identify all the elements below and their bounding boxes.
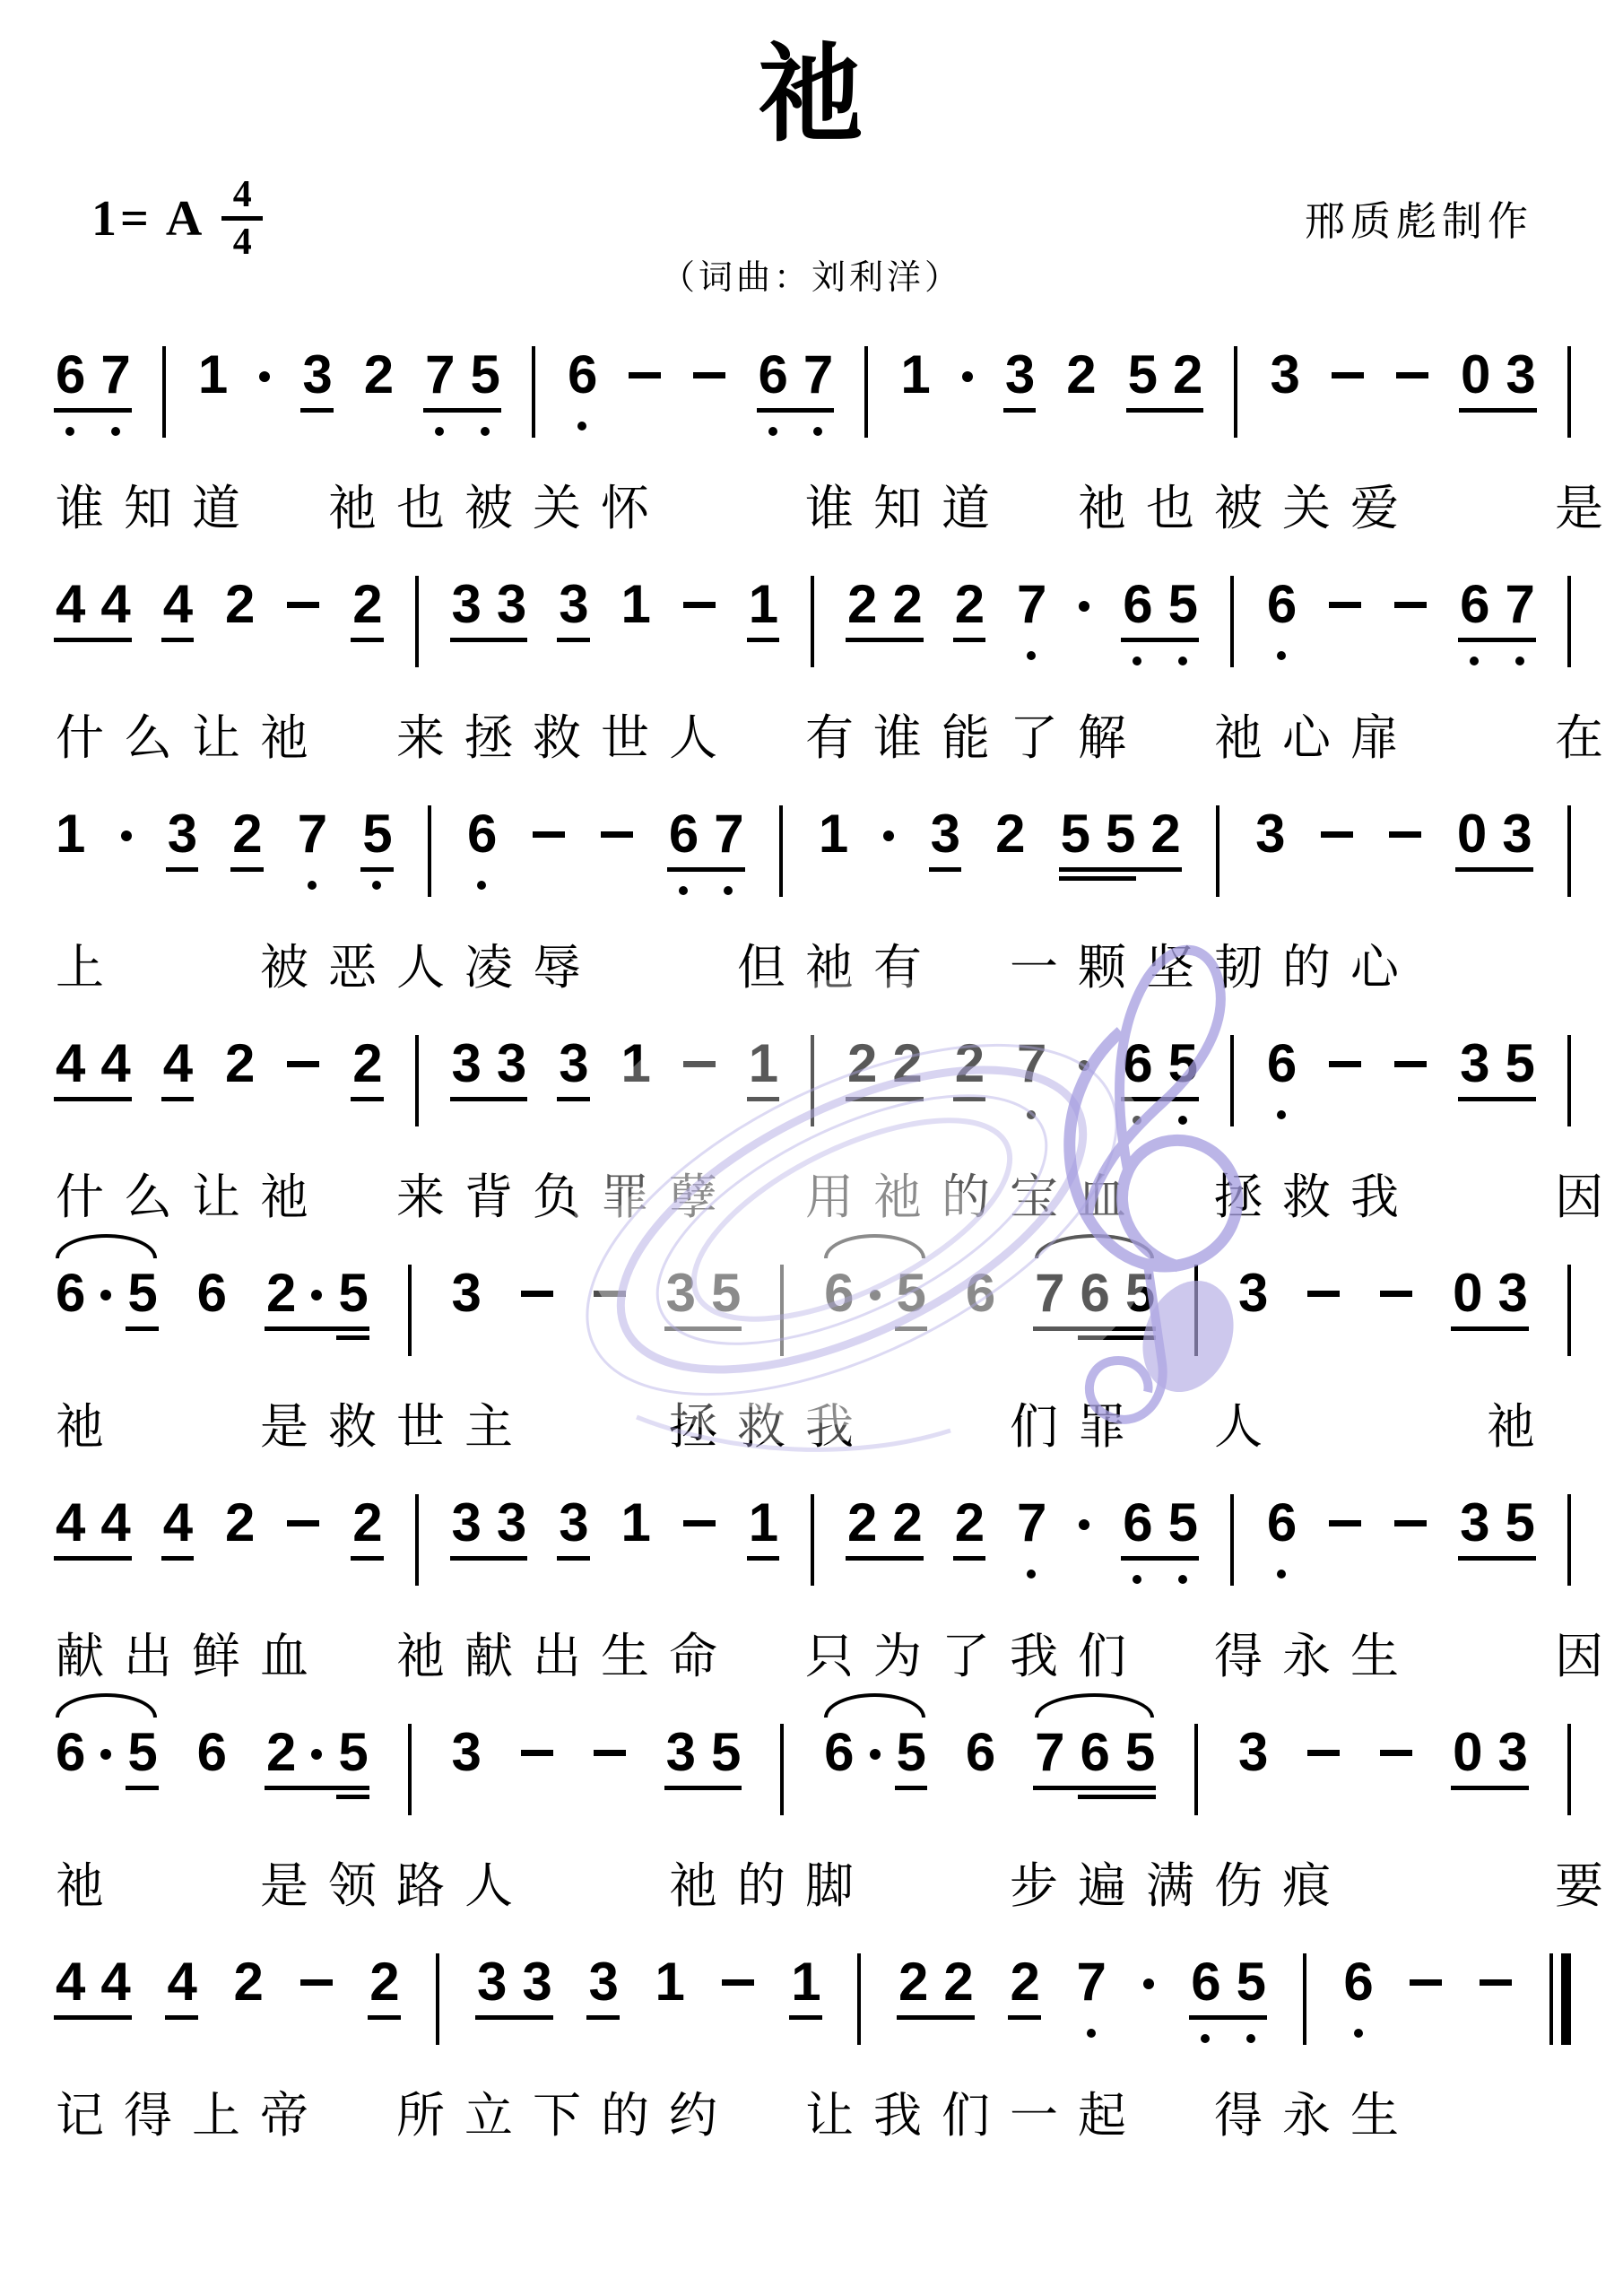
augmentation-dot	[311, 1749, 322, 1760]
note-group: 65	[56, 1266, 157, 1320]
lyrics-line: 什么让祂 来拯救世人 有谁能了解 祂心扉 在世	[56, 700, 1571, 769]
note-number: 2	[266, 1266, 295, 1320]
score-line: 4442233311222765635什么让祂 来背负罪孽 用祂的宝血 拯救我 …	[56, 1037, 1571, 1266]
note-number: 6	[197, 1266, 226, 1320]
note-number: 5	[1168, 1037, 1197, 1091]
note-number: 6	[467, 807, 496, 861]
note-number: 3	[1271, 348, 1299, 402]
note: 7	[803, 348, 832, 402]
note-number: 3	[1498, 1266, 1527, 1320]
augmentation-dot	[121, 831, 132, 841]
barline	[1194, 1265, 1198, 1356]
beam-underline	[664, 1786, 742, 1790]
note-number: 3	[559, 1496, 587, 1550]
octave-dot	[1133, 657, 1141, 665]
note-group: 75	[425, 348, 499, 402]
note-number: 3	[666, 1266, 695, 1320]
note: 6	[56, 1726, 84, 1779]
beam-underline	[450, 638, 528, 642]
note-number: 5	[1106, 807, 1134, 861]
note: 6	[966, 1266, 994, 1320]
note-number: 3	[522, 1955, 551, 2009]
note: 1	[198, 348, 227, 402]
barline	[857, 1953, 861, 2045]
note: 2	[266, 1726, 295, 1779]
beam-underline	[846, 1097, 924, 1101]
note: 7	[1017, 1037, 1046, 1091]
note-number: 3	[302, 348, 331, 402]
notes-row: 4442233311222765667	[56, 578, 1571, 683]
note: 3	[588, 1955, 617, 2009]
note: 0	[1453, 1726, 1481, 1779]
note-number: 4	[100, 1955, 129, 2009]
note-number: 5	[1237, 1955, 1265, 2009]
note-group: 03	[1461, 348, 1535, 402]
note-number: 6	[197, 1726, 226, 1779]
note: 5	[1168, 1037, 1197, 1091]
note: 7	[1035, 1266, 1063, 1320]
note: 2	[892, 578, 921, 631]
note: 2	[898, 1955, 927, 2009]
note-number: 1	[621, 1037, 650, 1091]
beam-underline	[1078, 1795, 1156, 1799]
note: 3	[666, 1726, 695, 1779]
score-line: 13275667132552303上 被恶人凌辱 但祂有 一颗坚韧的心 为	[56, 807, 1571, 1037]
barline	[415, 576, 419, 667]
note: 6	[966, 1726, 994, 1779]
note: 6	[56, 348, 84, 402]
note: 7	[425, 348, 454, 402]
note: 4	[56, 1955, 84, 2009]
duration-dash	[693, 372, 725, 378]
octave-dot	[679, 886, 688, 895]
beam-underline	[1455, 867, 1533, 872]
underline	[747, 1097, 779, 1101]
note-group: 67	[759, 348, 833, 402]
beam-underline	[1458, 1097, 1536, 1101]
note-number: 6	[1267, 1496, 1296, 1550]
duration-dash	[533, 831, 565, 838]
barline	[1230, 1035, 1234, 1126]
note-group: 25	[266, 1726, 368, 1779]
beam-underline	[1451, 1786, 1529, 1790]
notes-row: 671327566713252303	[56, 348, 1571, 454]
beam-underline	[1121, 638, 1199, 642]
note-number: 3	[1255, 807, 1284, 861]
note-group: 65	[824, 1266, 925, 1320]
beam-underline	[1126, 408, 1204, 413]
note: 4	[163, 1496, 192, 1550]
note: 1	[621, 1496, 650, 1550]
beam-underline	[1033, 1786, 1156, 1790]
underline	[351, 1097, 383, 1101]
beam-underline	[265, 1326, 369, 1331]
note-number: 6	[568, 348, 596, 402]
note-number: 5	[127, 1726, 156, 1779]
note-number: 6	[56, 348, 84, 402]
barline	[1567, 805, 1571, 897]
note-number: 3	[931, 807, 959, 861]
note-number: 3	[1460, 1496, 1488, 1550]
notes-row: 65625335656765303	[56, 1726, 1571, 1831]
note: 2	[955, 578, 984, 631]
note-group: 35	[666, 1726, 741, 1779]
note-number: 5	[897, 1726, 925, 1779]
beam-underline	[450, 1556, 528, 1561]
note-number: 6	[1267, 1037, 1296, 1091]
note-number: 2	[352, 1037, 381, 1091]
note: 2	[995, 807, 1024, 861]
note-number: 2	[225, 1496, 254, 1550]
note: 6	[824, 1726, 853, 1779]
note: 6	[467, 807, 496, 861]
note-group: 65	[1080, 1266, 1154, 1320]
octave-dot	[372, 881, 381, 890]
note-number: 1	[749, 1496, 777, 1550]
note: 2	[234, 1955, 263, 2009]
note: 5	[127, 1726, 156, 1779]
underline	[1003, 408, 1036, 413]
note-number: 3	[477, 1955, 506, 2009]
note-group: 33	[477, 1955, 551, 2009]
note-number: 2	[955, 1496, 984, 1550]
augmentation-dot	[1079, 1519, 1089, 1530]
note-group: 5	[338, 1726, 367, 1779]
underline	[929, 867, 961, 872]
note: 4	[100, 1955, 129, 2009]
score-line: 671327566713252303谁知道 祂也被关怀 谁知道 祂也被关爱 是	[56, 348, 1571, 578]
note-number: 6	[1080, 1266, 1108, 1320]
note-group: 35	[1460, 1037, 1534, 1091]
note-number: 2	[352, 1496, 381, 1550]
note: 7	[298, 807, 326, 861]
octave-dot	[1133, 1575, 1141, 1584]
duration-dash	[287, 602, 319, 608]
arranger-credit: 邢质彪制作	[1305, 188, 1533, 247]
note: 1	[56, 807, 84, 861]
duration-dash	[1332, 372, 1364, 378]
note: 6	[1123, 1037, 1151, 1091]
note: 6	[56, 1266, 84, 1320]
note-number: 2	[892, 578, 921, 631]
notes-row: 65625335656765303	[56, 1266, 1571, 1372]
note-group: 65	[1123, 1496, 1197, 1550]
note: 0	[1457, 807, 1486, 861]
note-number: 2	[898, 1955, 927, 2009]
note-group: 552	[1061, 807, 1180, 861]
note-group: 03	[1453, 1266, 1527, 1320]
note-number: 2	[234, 1955, 263, 2009]
note: 2	[1010, 1955, 1038, 2009]
note: 5	[1061, 807, 1089, 861]
octave-dot	[1178, 1575, 1187, 1584]
beam-underline	[1078, 1335, 1156, 1340]
note: 4	[163, 578, 192, 631]
underline	[126, 1786, 158, 1790]
key-signature: 1= A 4 4	[91, 176, 263, 261]
barline	[780, 1265, 784, 1356]
duration-dash	[1394, 602, 1427, 608]
note-group: 52	[1128, 348, 1202, 402]
beam-underline	[265, 1786, 369, 1790]
note-number: 5	[1505, 1496, 1533, 1550]
note-number: 3	[452, 1496, 481, 1550]
note: 3	[497, 1496, 525, 1550]
octave-dot	[1515, 657, 1524, 665]
lyrics-line: 祂 是领路人 祂的脚 步遍满伤痕 要	[56, 1848, 1571, 1917]
beam-underline	[846, 1556, 924, 1561]
note-group: 765	[1035, 1266, 1154, 1320]
underline	[789, 2015, 821, 2020]
underline	[230, 867, 263, 872]
note-group: 65	[1123, 1037, 1197, 1091]
note-group: 35	[666, 1266, 741, 1320]
underline	[351, 1556, 383, 1561]
note: 2	[225, 1496, 254, 1550]
note: 2	[352, 1037, 381, 1091]
note-number: 7	[1017, 1037, 1046, 1091]
note-number: 3	[497, 1496, 525, 1550]
note-number: 1	[749, 1037, 777, 1091]
note: 3	[497, 578, 525, 631]
note-number: 2	[1066, 348, 1095, 402]
octave-dot	[481, 427, 490, 436]
note-number: 4	[163, 578, 192, 631]
underline	[953, 1556, 985, 1561]
notes-row: 4442233311222765635	[56, 1496, 1571, 1602]
note-number: 6	[1191, 1955, 1219, 2009]
note-number: 5	[1125, 1726, 1154, 1779]
duration-dash	[1307, 1750, 1340, 1756]
beam-underline	[1059, 876, 1137, 881]
note: 4	[56, 1037, 84, 1091]
barline	[415, 1035, 419, 1126]
barline	[1567, 1494, 1571, 1586]
note-number: 4	[56, 578, 84, 631]
octave-dot	[1201, 2034, 1210, 2043]
underline	[586, 2015, 619, 2020]
underline	[895, 1786, 927, 1790]
note: 3	[559, 1496, 587, 1550]
note: 5	[711, 1266, 740, 1320]
note: 5	[127, 1266, 156, 1320]
note-number: 0	[1457, 807, 1486, 861]
note: 6	[1343, 1955, 1372, 2009]
underline	[166, 867, 198, 872]
note-number: 7	[1077, 1955, 1106, 2009]
octave-dot	[1470, 657, 1479, 665]
beam-underline	[1033, 1326, 1156, 1331]
note: 6	[824, 1266, 853, 1320]
duration-dash	[1389, 831, 1421, 838]
note-group: 44	[56, 578, 130, 631]
note-number: 2	[847, 578, 876, 631]
barline	[1567, 1265, 1571, 1356]
octave-dot	[111, 427, 120, 436]
note: 4	[56, 578, 84, 631]
duration-dash	[1394, 1520, 1427, 1526]
barline	[1567, 1724, 1571, 1815]
note: 7	[1035, 1726, 1063, 1779]
barline	[1567, 576, 1571, 667]
note-number: 4	[56, 1955, 84, 2009]
octave-dot	[1178, 657, 1187, 665]
note-number: 3	[666, 1726, 695, 1779]
lyrics-line: 记得上帝 所立下的约 让我们一起 得永生	[56, 2077, 1571, 2146]
note: 3	[1271, 348, 1299, 402]
barline	[408, 1265, 412, 1356]
note-number: 4	[163, 1037, 192, 1091]
beam-underline	[54, 638, 132, 642]
octave-dot	[1277, 1570, 1286, 1578]
note: 5	[1505, 1496, 1533, 1550]
note: 6	[1123, 1496, 1151, 1550]
note: 5	[711, 1726, 740, 1779]
note-group: 44	[56, 1496, 130, 1550]
octave-dot	[724, 886, 733, 895]
beam-underline	[423, 408, 501, 413]
note-group: 65	[1191, 1955, 1265, 2009]
duration-dash	[629, 372, 661, 378]
note: 3	[1238, 1266, 1267, 1320]
note-number: 3	[559, 578, 587, 631]
note-number: 0	[1453, 1266, 1481, 1320]
barline	[1194, 1724, 1198, 1815]
note: 3	[1498, 1266, 1527, 1320]
duration-dash	[521, 1291, 553, 1297]
note-number: 5	[711, 1266, 740, 1320]
underline	[161, 1556, 194, 1561]
note: 6	[568, 348, 596, 402]
note-number: 5	[127, 1266, 156, 1320]
note-number: 7	[1035, 1726, 1063, 1779]
barline	[780, 1724, 784, 1815]
note-number: 2	[943, 1955, 972, 2009]
duration-dash	[1329, 1061, 1361, 1067]
note-number: 3	[1238, 1726, 1267, 1779]
note-number: 1	[749, 578, 777, 631]
note-number: 5	[1505, 1037, 1533, 1091]
note-number: 5	[1125, 1266, 1154, 1320]
lyrics-line: 献出鲜血 祂献出生命 只为了我们 得永生 因为	[56, 1618, 1571, 1687]
note-group: 33	[452, 1496, 526, 1550]
note-number: 1	[791, 1955, 820, 2009]
note-number: 4	[100, 578, 129, 631]
score-line: 44422333112227656记得上帝 所立下的约 让我们一起 得永生	[56, 1955, 1571, 2185]
note-group: 765	[1035, 1726, 1154, 1779]
note: 7	[100, 348, 129, 402]
note: 1	[655, 1955, 684, 2009]
barline	[811, 576, 814, 667]
note: 2	[369, 1955, 398, 2009]
note-number: 2	[847, 1496, 876, 1550]
score: 671327566713252303谁知道 祂也被关怀 谁知道 祂也被关爱 是4…	[56, 348, 1571, 2185]
note-group: 67	[56, 348, 130, 402]
note: 5	[1106, 807, 1134, 861]
barline	[864, 346, 868, 438]
note-number: 2	[1173, 348, 1202, 402]
note: 2	[352, 1496, 381, 1550]
beam-underline	[667, 867, 745, 872]
lyrics-line: 谁知道 祂也被关怀 谁知道 祂也被关爱 是	[56, 470, 1571, 539]
augmentation-dot	[883, 831, 894, 841]
note-number: 7	[1017, 1496, 1046, 1550]
note: 6	[1267, 578, 1296, 631]
augmentation-dot	[962, 371, 973, 382]
note-number: 2	[364, 348, 393, 402]
note: 2	[232, 807, 261, 861]
beam-underline	[1458, 1556, 1536, 1561]
octave-dot	[1277, 1110, 1286, 1119]
note-group: 5	[338, 1266, 367, 1320]
note: 2	[1173, 348, 1202, 402]
barline	[1230, 576, 1234, 667]
note: 3	[452, 1266, 481, 1320]
duration-dash	[722, 1979, 754, 1986]
beam-underline	[54, 1556, 132, 1561]
note: 5	[1125, 1726, 1154, 1779]
note-number: 3	[168, 807, 196, 861]
note-number: 5	[897, 1266, 925, 1320]
augmentation-dot	[870, 1749, 881, 1760]
duration-dash	[594, 1750, 626, 1756]
note: 3	[452, 1726, 481, 1779]
octave-dot	[768, 427, 777, 436]
note: 0	[1453, 1266, 1481, 1320]
sheet-music-page: 祂 1= A 4 4 邢质彪制作 （词曲：刘利洋） 67132756671325…	[0, 0, 1623, 2296]
underline	[557, 1097, 589, 1101]
barline	[1303, 1953, 1306, 2045]
note: 0	[1461, 348, 1489, 402]
note: 1	[749, 578, 777, 631]
barline	[1230, 1494, 1234, 1586]
note: 3	[477, 1955, 506, 2009]
octave-dot	[477, 881, 486, 890]
note: 5	[362, 807, 391, 861]
note: 2	[266, 1266, 295, 1320]
note-number: 2	[266, 1726, 295, 1779]
note-number: 5	[471, 348, 499, 402]
note: 6	[1191, 1955, 1219, 2009]
underline	[557, 1556, 589, 1561]
note: 4	[100, 1037, 129, 1091]
note-number: 6	[56, 1266, 84, 1320]
note-number: 7	[425, 348, 454, 402]
note-number: 7	[1017, 578, 1046, 631]
beam-underline	[336, 1335, 369, 1340]
note-number: 6	[1123, 1037, 1151, 1091]
note: 4	[56, 1496, 84, 1550]
note: 3	[1005, 348, 1034, 402]
duration-dash	[1307, 1291, 1340, 1297]
barline	[1234, 346, 1237, 438]
note-group: 35	[1460, 1496, 1534, 1550]
underline	[747, 638, 779, 642]
note-number: 1	[56, 807, 84, 861]
note-number: 3	[559, 1037, 587, 1091]
note-number: 2	[847, 1037, 876, 1091]
duration-dash	[683, 1520, 716, 1526]
duration-dash	[1380, 1750, 1412, 1756]
note-number: 0	[1461, 348, 1489, 402]
octave-dot	[1027, 1110, 1036, 1119]
note: 6	[1080, 1726, 1108, 1779]
note-number: 6	[669, 807, 698, 861]
note: 3	[302, 348, 331, 402]
note: 2	[955, 1496, 984, 1550]
note: 3	[452, 578, 481, 631]
lyrics-line: 上 被恶人凌辱 但祂有 一颗坚韧的心 为	[56, 929, 1571, 998]
